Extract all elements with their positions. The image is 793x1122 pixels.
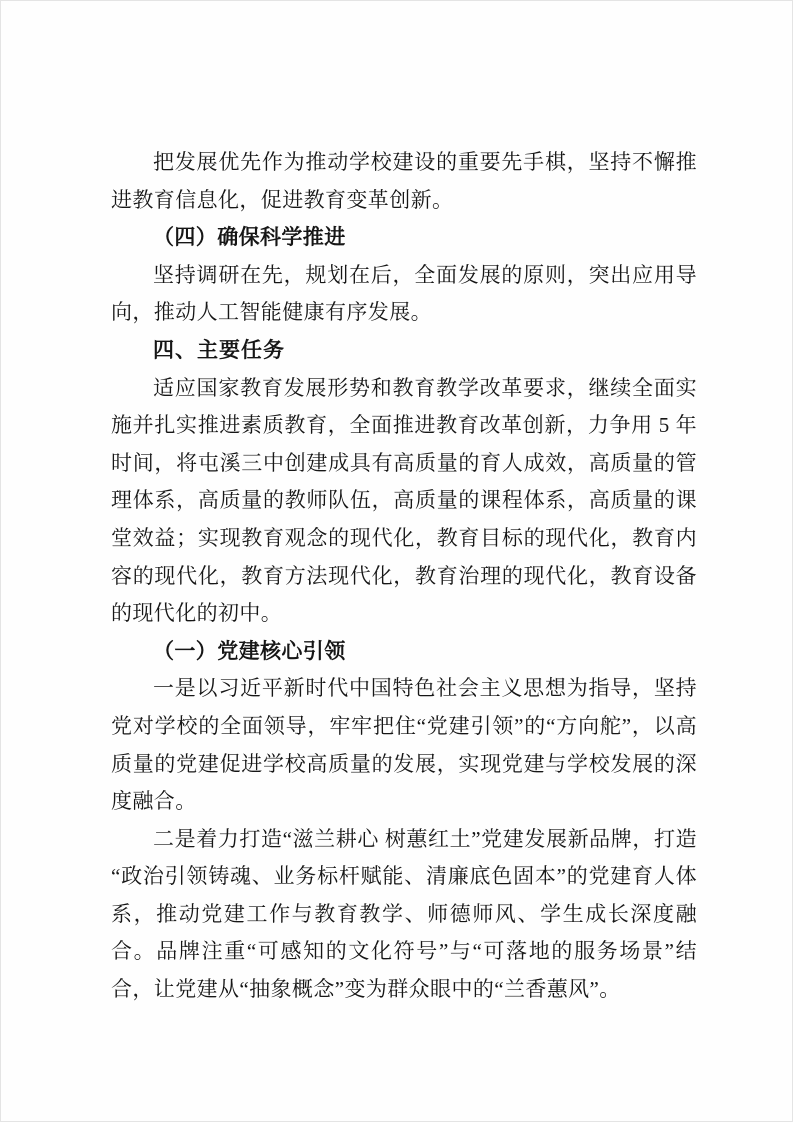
section-heading-ensure-scientific-advance: （四）确保科学推进 — [111, 219, 697, 257]
paragraph-party-brand: 二是着力打造“滋兰耕心 树蕙红土”党建发展新品牌，打造“政治引领铸魂、业务标杆赋… — [111, 821, 697, 1009]
paragraph-party-leadership: 一是以习近平新时代中国特色社会主义思想为指导，坚持党对学校的全面领导，牢牢把住“… — [111, 670, 697, 820]
document-body: 把发展优先作为推动学校建设的重要先手棋，坚持不懈推进教育信息化，促进教育变革创新… — [111, 144, 697, 1009]
paragraph-research-first: 坚持调研在先，规划在后，全面发展的原则，突出应用导向，推动人工智能健康有序发展。 — [111, 257, 697, 332]
paragraph-education-reform-goals: 适应国家教育发展形势和教育教学改革要求，继续全面实施并扎实推进素质教育，全面推进… — [111, 370, 697, 633]
section-heading-party-building-core: （一）党建核心引领 — [111, 633, 697, 671]
paragraph-development-priority: 把发展优先作为推动学校建设的重要先手棋，坚持不懈推进教育信息化，促进教育变革创新… — [111, 144, 697, 219]
section-heading-main-tasks: 四、主要任务 — [111, 332, 697, 370]
document-page: 把发展优先作为推动学校建设的重要先手棋，坚持不懈推进教育信息化，促进教育变革创新… — [0, 0, 793, 1122]
